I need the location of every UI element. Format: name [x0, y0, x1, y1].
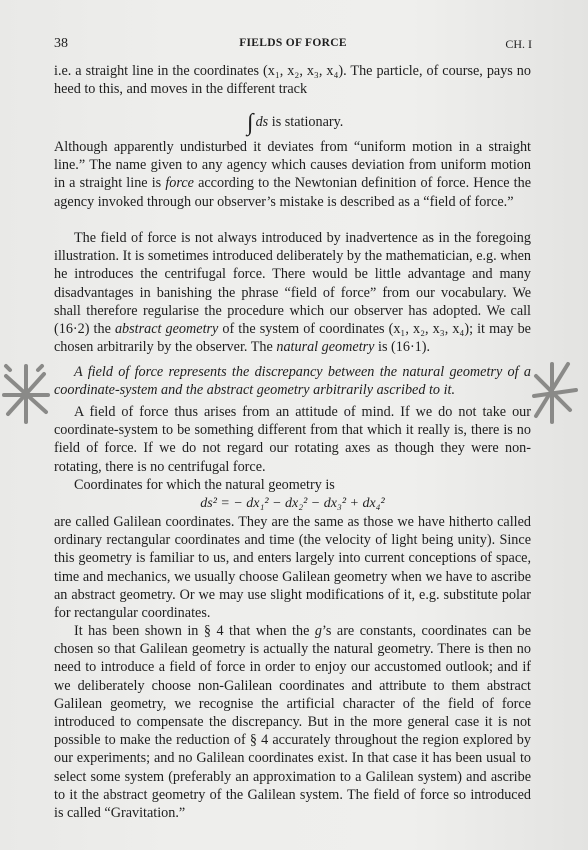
emphasis-force: force [165, 175, 194, 191]
chapter-label: CH. I [505, 37, 532, 52]
integral-variable: ds [256, 114, 269, 130]
text-run: ’s are constants, coordinates can be cho… [54, 623, 531, 821]
emphasis-g: g [315, 623, 322, 639]
paragraph-text: are called Galilean coordinates. They ar… [54, 513, 531, 622]
definition-text: A field of force represents the discrepa… [54, 363, 531, 399]
paragraph-coordinates-intro: Coordinates for which the natural geomet… [54, 476, 531, 494]
paragraph-gravitation: It has been shown in § 4 that when the g… [54, 622, 531, 822]
integral-symbol: ∫ [247, 110, 254, 136]
emphasis-abstract-geometry: abstract geometry [115, 321, 218, 337]
emphasis-natural-geometry: natural geometry [276, 339, 374, 355]
paragraph-continuation: i.e. a straight line in the coordinates … [54, 62, 531, 98]
left-asterisk-mark-icon [2, 362, 52, 428]
equation-text: ds² = − dx₁² − dx₂² − dx₃² + dx₄² [200, 496, 385, 511]
equation-line-element: ds² = − dx₁² − dx₂² − dx₃² + dx₄² [54, 495, 531, 513]
text-run: is (16·1). [374, 339, 430, 355]
paragraph-text: A field of force thus arises from an att… [54, 403, 531, 476]
paragraph-text: i.e. a straight line in the coordinates … [54, 62, 531, 98]
book-page: 38 FIELDS OF FORCE CH. I i.e. a straight… [0, 0, 588, 850]
running-header: 38 FIELDS OF FORCE CH. I [54, 36, 532, 54]
paragraph-attitude-of-mind: A field of force thus arises from an att… [54, 403, 531, 476]
integral-text: is stationary. [268, 114, 343, 130]
integral-statement: ∫ds is stationary. [247, 106, 343, 133]
paragraph-text: Coordinates for which the natural geomet… [54, 476, 531, 494]
right-asterisk-mark-icon [530, 360, 580, 426]
paragraph-abstract-geometry: The field of force is not always introdu… [54, 229, 531, 356]
definition-italic: A field of force represents the discrepa… [54, 363, 531, 399]
paragraph-force-definition: Although apparently undisturbed it devia… [54, 138, 531, 211]
running-title: FIELDS OF FORCE [54, 37, 532, 49]
text-run: It has been shown in § 4 that when the [74, 623, 315, 639]
paragraph-galilean-coordinates: are called Galilean coordinates. They ar… [54, 513, 531, 622]
